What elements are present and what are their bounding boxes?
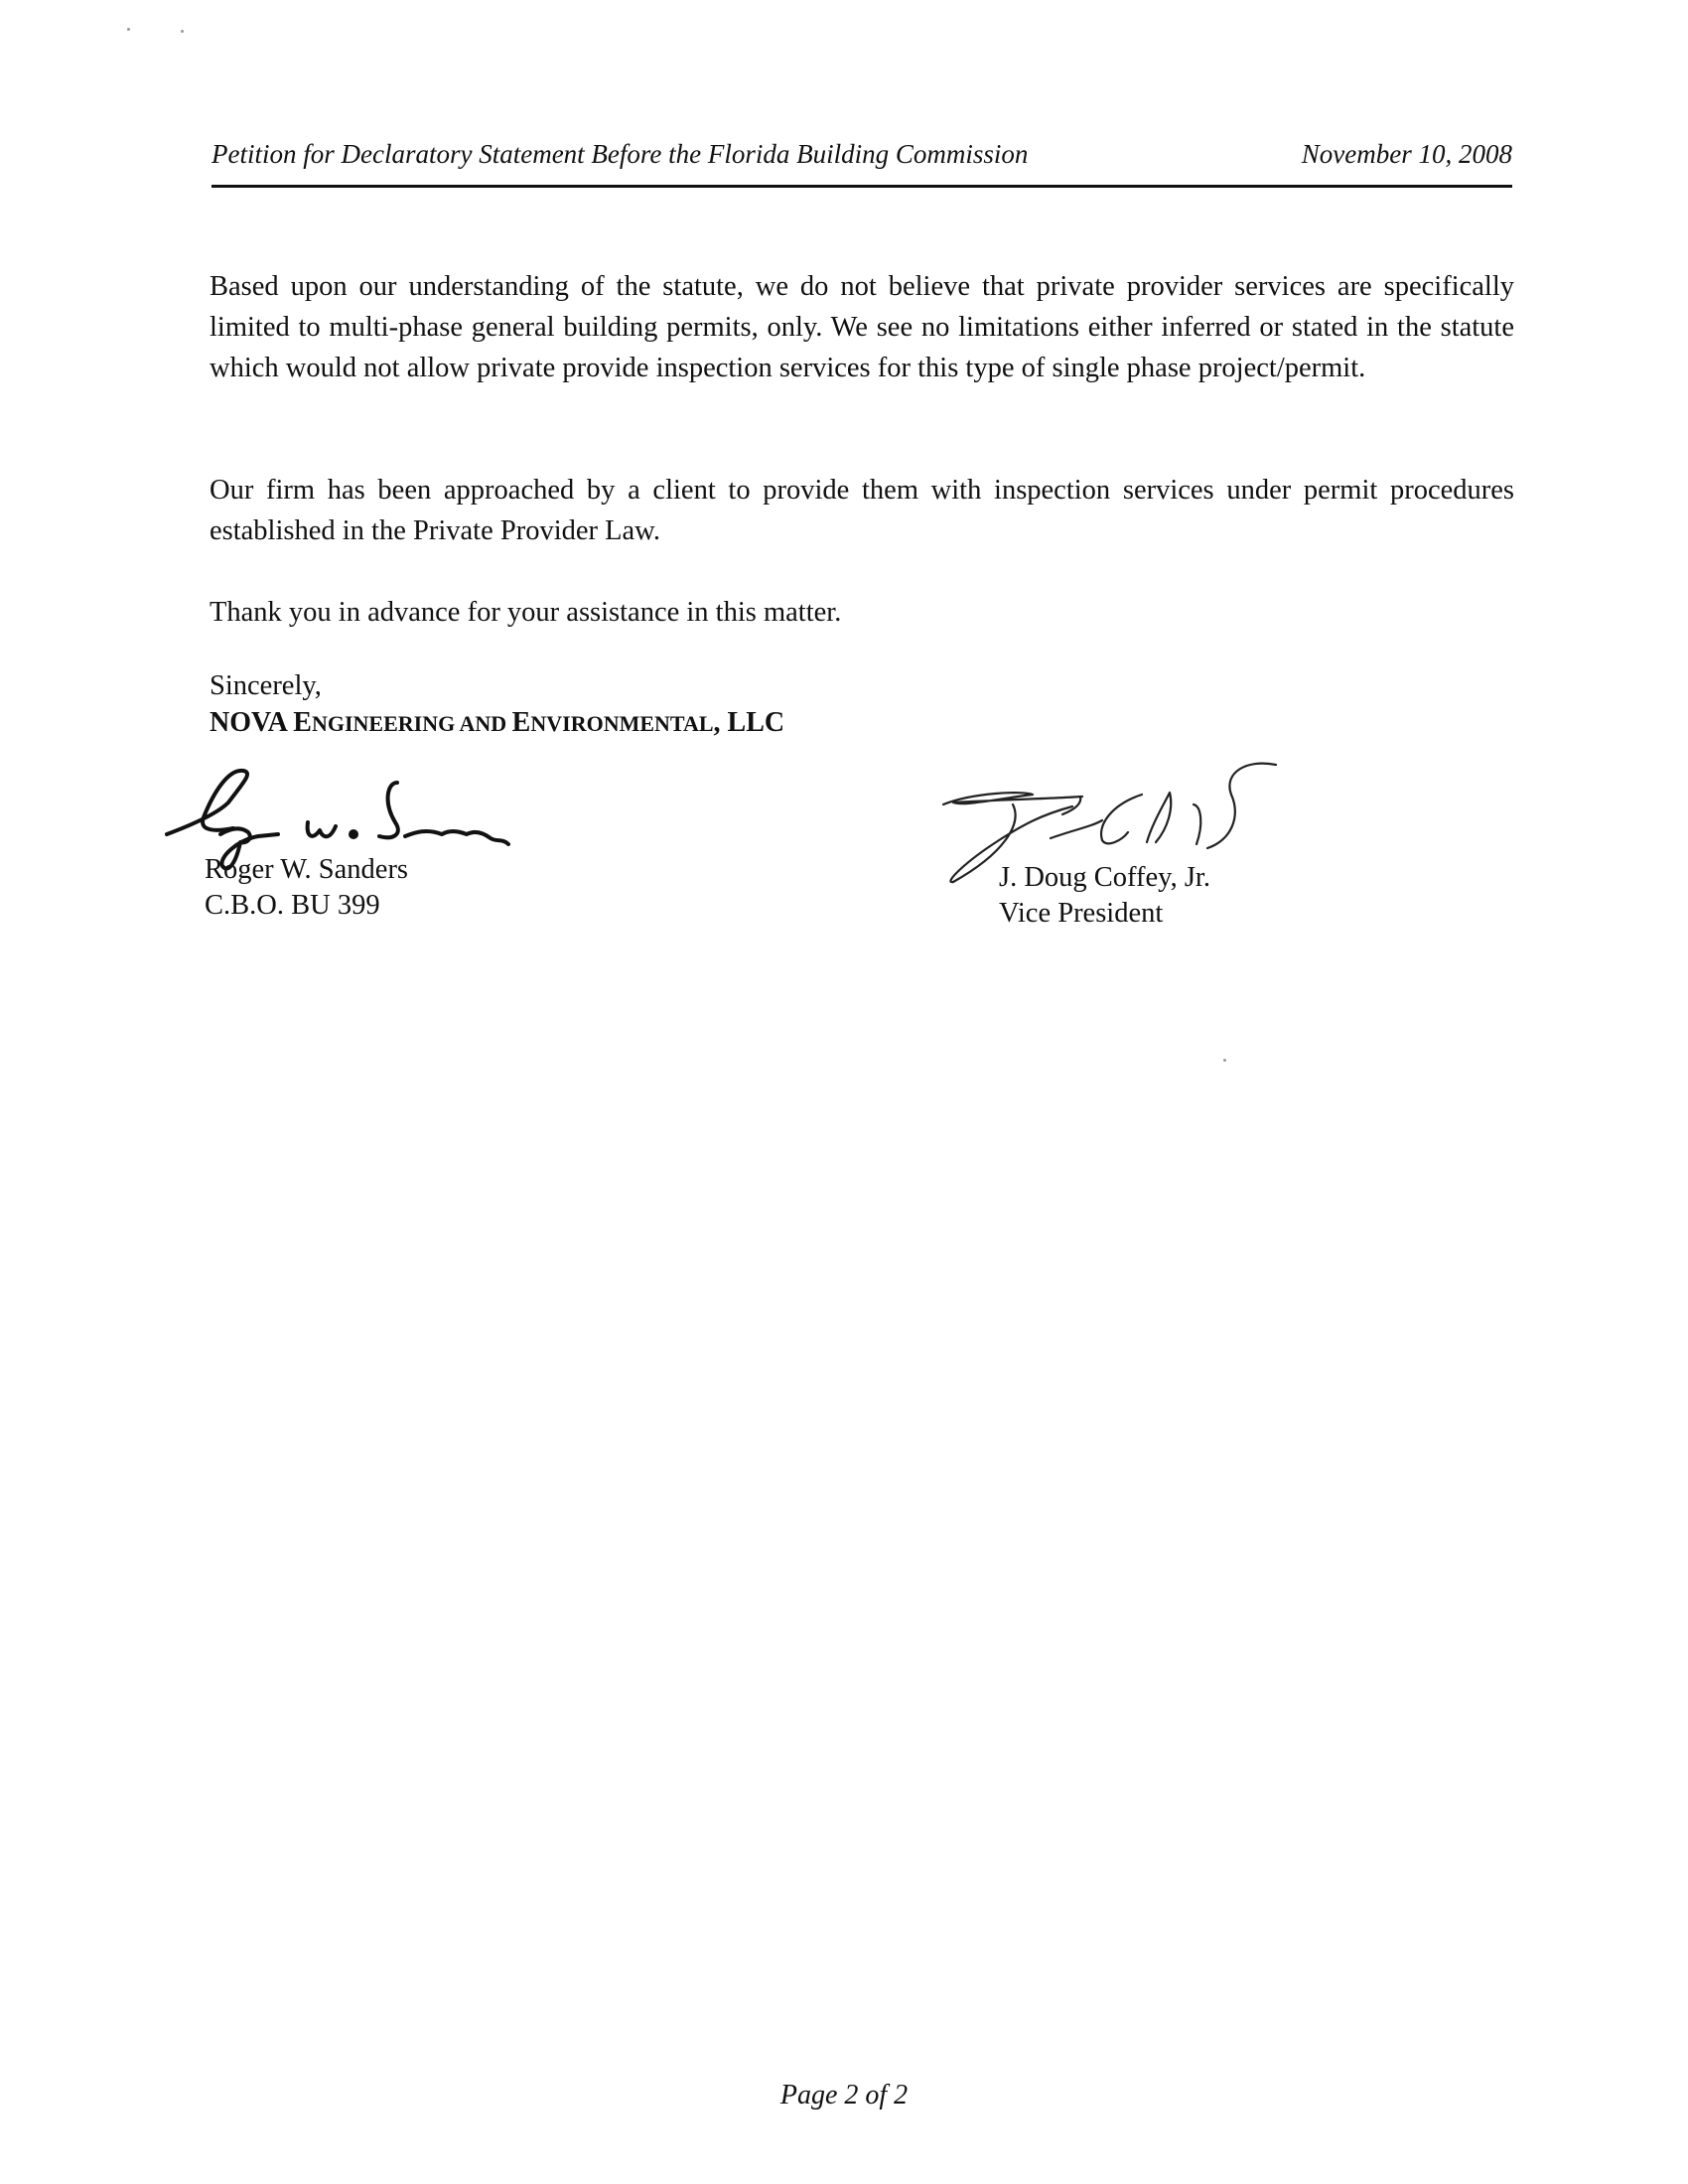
page-number: Page 2 of 2 [0,2080,1688,2111]
scan-artifact [181,30,184,33]
signer-name: Roger W. Sanders [205,852,408,888]
signer-block-sanders: Roger W. Sanders C.B.O. BU 399 [205,852,408,924]
page-header: Petition for Declaratory Statement Befor… [211,139,1512,179]
paragraph-client: Our firm has been approached by a client… [210,470,1514,551]
signer-name: J. Doug Coffey, Jr. [999,860,1210,896]
document-date: November 10, 2008 [1302,139,1512,170]
scan-artifact [1223,1059,1226,1062]
closing-block: Sincerely, NOVA ENGINEERING AND ENVIRONM… [210,667,784,742]
document-title: Petition for Declaratory Statement Befor… [211,139,1028,170]
header-divider [211,185,1512,188]
signer-title: C.B.O. BU 399 [205,888,408,924]
company-name: NOVA ENGINEERING AND ENVIRONMENTAL, LLC [210,704,784,742]
signer-title: Vice President [999,896,1210,932]
company-name-part: NVIRONMENTAL [530,711,713,736]
paragraph-thanks: Thank you in advance for your assistance… [210,592,1514,633]
company-name-part: NGINEERING AND [312,711,512,736]
scan-artifact [127,28,130,31]
signer-block-coffey: J. Doug Coffey, Jr. Vice President [999,860,1210,932]
paragraph-statute: Based upon our understanding of the stat… [210,266,1514,388]
company-name-part: E [512,707,531,738]
company-name-part: , LLC [714,707,785,738]
salutation: Sincerely, [210,667,784,704]
company-name-part: NOVA E [210,707,312,738]
